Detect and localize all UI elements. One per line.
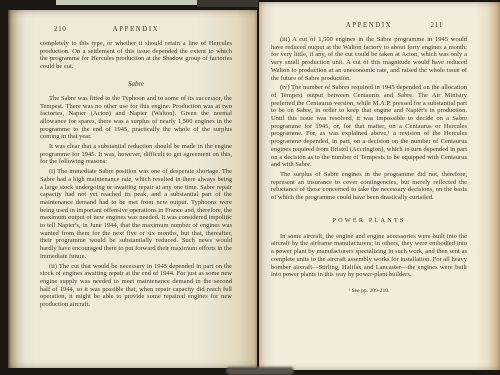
body-paragraph: It was clear that a substantial reductio…: [40, 143, 232, 166]
book-scan: 210 APPENDIX completely to this type, or…: [0, 0, 500, 375]
body-paragraph: completely to this type, or whether it s…: [40, 40, 232, 71]
body-paragraph: (iii) A cut of 1,500 engines in the Sabr…: [271, 36, 467, 82]
gutter-shadow: [226, 367, 294, 375]
background-shadow-strip: [197, 0, 258, 7]
body-paragraph: (iv) The number of Sabres required in 19…: [271, 84, 467, 169]
background-edge-strip: [56, 0, 197, 5]
body-paragraph: (i) The immediate Sabre position was one…: [40, 168, 232, 260]
left-page: 210 APPENDIX completely to this type, or…: [8, 10, 257, 368]
section-heading-sabre: Sabre: [40, 80, 232, 88]
body-paragraph: The surplus of Sabre engines in the prog…: [271, 171, 467, 202]
section-heading-power-plants: POWER PLANTS: [271, 217, 467, 224]
left-running-header: 210 APPENDIX: [40, 26, 232, 35]
right-page: APPENDIX 211 (iii) A cut of 1,500 engine…: [259, 2, 500, 370]
right-running-header: APPENDIX 211: [271, 22, 467, 31]
right-page-number: 211: [431, 22, 443, 29]
body-paragraph: The Sabre was fitted to the Typhoon and …: [40, 95, 232, 141]
footnote: ¹ See pp. 209-210.: [271, 288, 467, 294]
body-paragraph: In some aircraft, the engine and engine …: [271, 233, 467, 279]
body-paragraph: (ii) The cut that would be necessary in …: [40, 263, 232, 309]
left-running-head: APPENDIX: [40, 26, 232, 33]
